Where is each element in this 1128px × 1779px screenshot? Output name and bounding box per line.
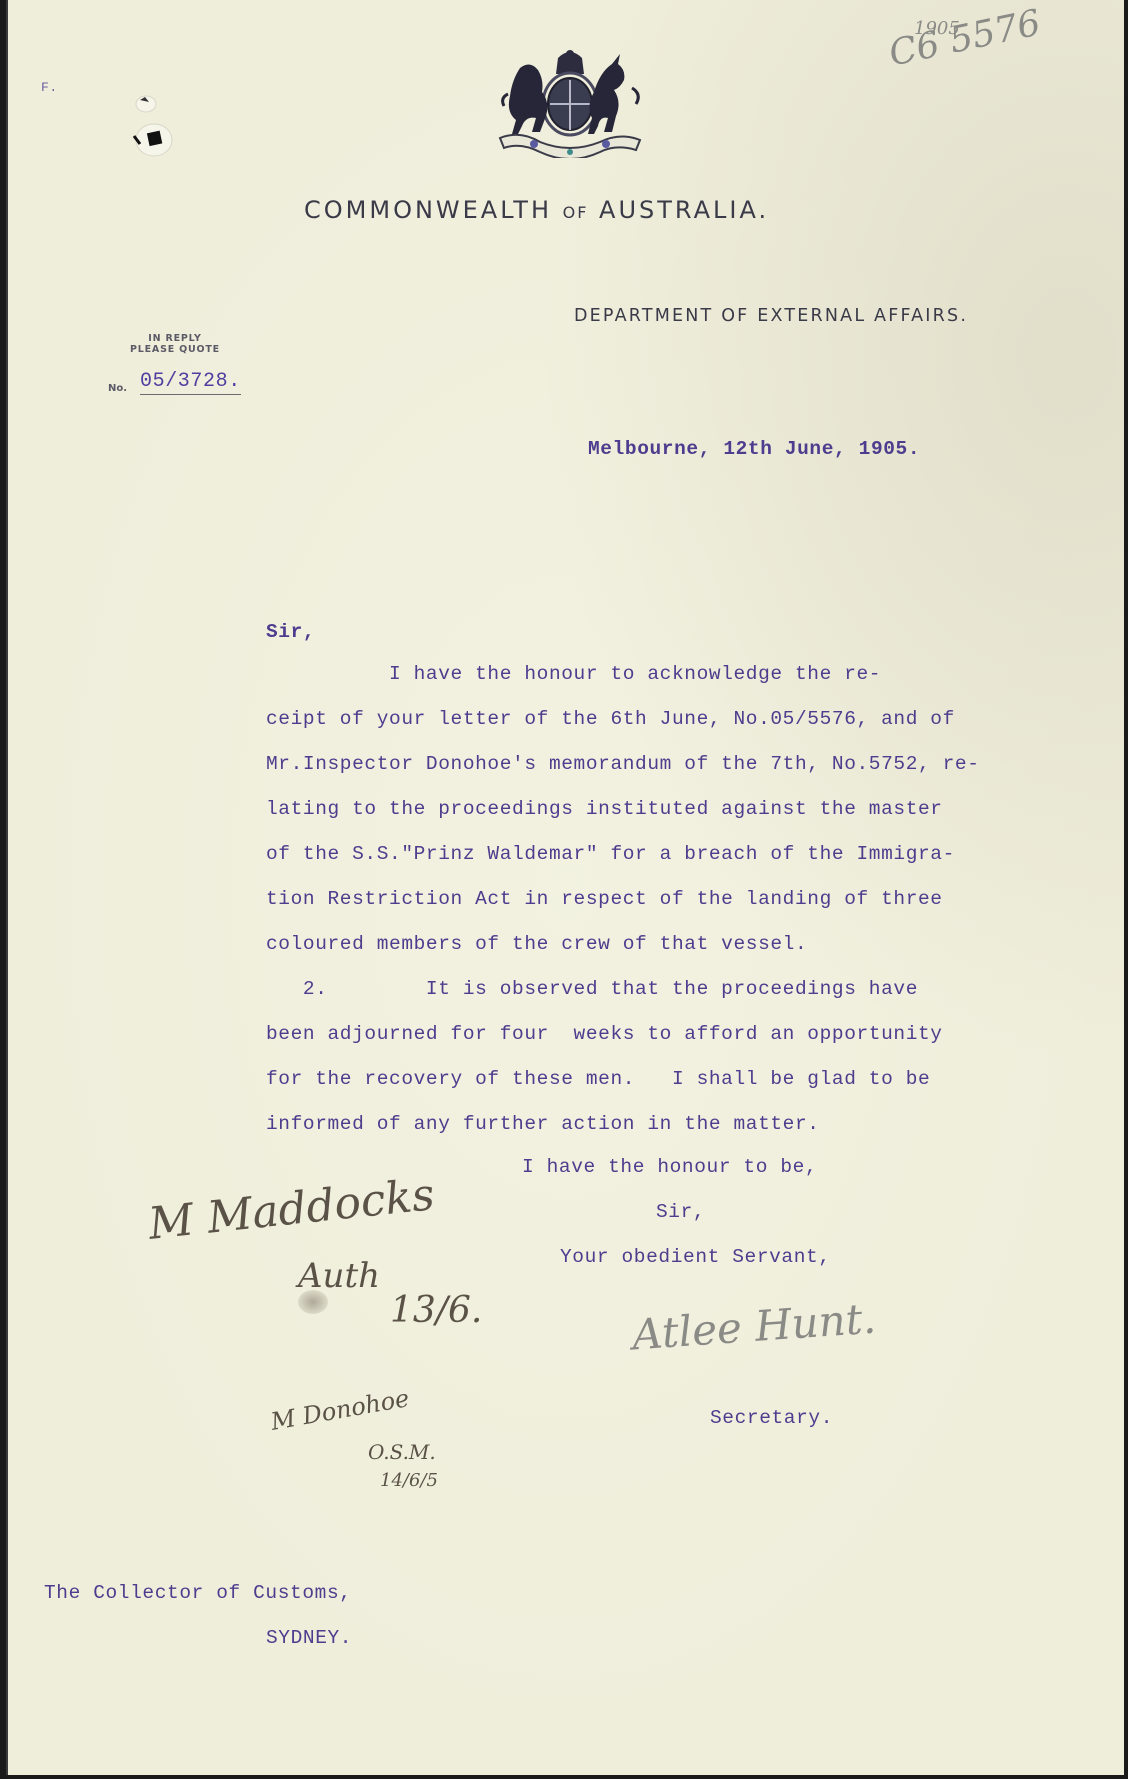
donohoe-signature: M Donohoe bbox=[269, 1384, 412, 1436]
letterhead-title-part2: AUSTRALIA. bbox=[588, 196, 769, 224]
secretary-title: Secretary. bbox=[710, 1407, 833, 1429]
letterhead-title-of: OF bbox=[563, 203, 589, 222]
body-line: ceipt of your letter of the 6th June, No… bbox=[266, 708, 955, 730]
reference-label-line1: IN REPLY bbox=[120, 333, 230, 344]
file-mark: F. bbox=[41, 80, 58, 95]
letterhead-title: COMMONWEALTH OF AUSTRALIA. bbox=[304, 196, 769, 224]
maddocks-signature: M Maddocks bbox=[146, 1169, 437, 1250]
addressee-line-1: The Collector of Customs, bbox=[44, 1582, 352, 1604]
reference-number: 05/3728. bbox=[140, 370, 241, 395]
body-line: I have the honour to acknowledge the re- bbox=[266, 663, 881, 685]
donohoe-title: O.S.M. bbox=[368, 1440, 436, 1464]
body-line: informed of any further action in the ma… bbox=[266, 1113, 820, 1135]
punch-hole-icon bbox=[130, 90, 176, 160]
body-line: lating to the proceedings instituted aga… bbox=[266, 798, 943, 820]
closing-line-2: Sir, bbox=[656, 1201, 705, 1223]
body-line: for the recovery of these men. I shall b… bbox=[266, 1068, 930, 1090]
body-line: coloured members of the crew of that ves… bbox=[266, 933, 807, 955]
addressee-city: SYDNEY. bbox=[266, 1627, 352, 1649]
body-line: tion Restriction Act in respect of the l… bbox=[266, 888, 943, 910]
reference-label-line2: PLEASE QUOTE bbox=[120, 344, 230, 355]
body-line: Mr.Inspector Donohoe's memorandum of the… bbox=[266, 753, 980, 775]
handwritten-reference-year: 1905 bbox=[914, 18, 960, 39]
handwritten-reference: C6 5576 bbox=[885, 2, 1044, 74]
closing-line-1: I have the honour to be, bbox=[522, 1156, 817, 1178]
salutation: Sir, bbox=[266, 621, 315, 643]
reference-label: IN REPLY PLEASE QUOTE bbox=[120, 333, 230, 355]
body-line: been adjourned for four weeks to afford … bbox=[266, 1023, 943, 1045]
date-line: Melbourne, 12th June, 1905. bbox=[588, 438, 920, 460]
secretary-signature: Atlee Hunt. bbox=[631, 1294, 878, 1360]
reference-no-prefix: No. bbox=[108, 383, 127, 394]
letterhead-title-part1: COMMONWEALTH bbox=[304, 196, 563, 224]
coat-of-arms-icon bbox=[494, 48, 646, 158]
auth-initial: Auth bbox=[298, 1256, 380, 1296]
body-line: of the S.S."Prinz Waldemar" for a breach… bbox=[266, 843, 955, 865]
letter-page: F. COMMONWEALTH OF AUSTRALIA. DEPARTMENT… bbox=[6, 0, 1124, 1775]
auth-date: 13/6. bbox=[390, 1290, 482, 1331]
body-line: 2. It is observed that the proceedings h… bbox=[266, 978, 918, 1000]
donohoe-date: 14/6/5 bbox=[380, 1470, 438, 1491]
closing-line-3: Your obedient Servant, bbox=[560, 1246, 831, 1268]
department-name: DEPARTMENT OF EXTERNAL AFFAIRS. bbox=[574, 306, 968, 326]
